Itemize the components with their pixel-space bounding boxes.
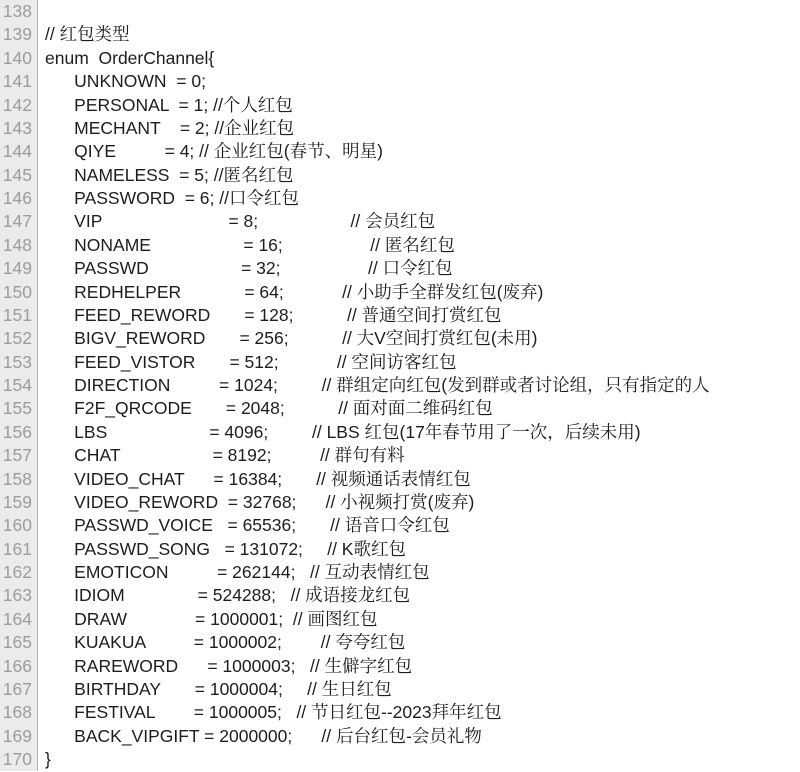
code-line: 145 NAMELESS = 5; //匿名红包 (0, 164, 800, 187)
code-line: 159 VIDEO_REWORD = 32768; // 小视频打赏(废弃) (0, 491, 800, 514)
code-text[interactable]: KUAKUA = 1000002; // 夸夸红包 (38, 631, 800, 654)
line-number: 146 (0, 187, 38, 210)
code-line: 150 REDHELPER = 64; // 小助手全群发红包(废弃) (0, 281, 800, 304)
code-text[interactable]: BIGV_REWORD = 256; // 大V空间打赏红包(未用) (38, 327, 800, 350)
line-number: 169 (0, 725, 38, 748)
code-line: 170 } (0, 748, 800, 771)
code-text[interactable]: // 红包类型 (38, 23, 800, 46)
code-text[interactable]: MECHANT = 2; //企业红包 (38, 117, 800, 140)
code-text[interactable]: PASSWORD = 6; //口令红包 (38, 187, 800, 210)
code-line: 138 (0, 0, 800, 23)
code-line: 154 DIRECTION = 1024; // 群组定向红包(发到群或者讨论组… (0, 374, 800, 397)
code-viewer: 138 139 // 红包类型 140 enum OrderChannel{ 1… (0, 0, 800, 772)
code-line: 155 F2F_QRCODE = 2048; // 面对面二维码红包 (0, 397, 800, 420)
code-line: 140 enum OrderChannel{ (0, 47, 800, 70)
code-line: 157 CHAT = 8192; // 群句有料 (0, 444, 800, 467)
code-text[interactable]: VIDEO_REWORD = 32768; // 小视频打赏(废弃) (38, 491, 800, 514)
code-line: 156 LBS = 4096; // LBS 红包(17年春节用了一次，后续未用… (0, 421, 800, 444)
code-text[interactable]: QIYE = 4; // 企业红包(春节、明星) (38, 140, 800, 163)
code-text[interactable]: PERSONAL = 1; //个人红包 (38, 94, 800, 117)
line-number: 144 (0, 140, 38, 163)
line-number: 149 (0, 257, 38, 280)
code-line: 161 PASSWD_SONG = 131072; // K歌红包 (0, 538, 800, 561)
line-number: 161 (0, 538, 38, 561)
code-line: 169 BACK_VIPGIFT = 2000000; // 后台红包-会员礼物 (0, 725, 800, 748)
line-number: 139 (0, 23, 38, 46)
line-number: 142 (0, 94, 38, 117)
code-text[interactable]: VIP = 8; // 会员红包 (38, 210, 800, 233)
line-number: 143 (0, 117, 38, 140)
line-number: 152 (0, 327, 38, 350)
code-text[interactable]: DIRECTION = 1024; // 群组定向红包(发到群或者讨论组，只有指… (38, 374, 800, 397)
line-number: 153 (0, 351, 38, 374)
line-number: 167 (0, 678, 38, 701)
line-number: 156 (0, 421, 38, 444)
line-number: 148 (0, 234, 38, 257)
code-line: 163 IDIOM = 524288; // 成语接龙红包 (0, 584, 800, 607)
line-number: 163 (0, 584, 38, 607)
code-line: 144 QIYE = 4; // 企业红包(春节、明星) (0, 140, 800, 163)
code-line: 143 MECHANT = 2; //企业红包 (0, 117, 800, 140)
line-number: 138 (0, 0, 38, 23)
line-number: 147 (0, 210, 38, 233)
line-number: 141 (0, 70, 38, 93)
code-line: 141 UNKNOWN = 0; (0, 70, 800, 93)
code-text[interactable]: REDHELPER = 64; // 小助手全群发红包(废弃) (38, 281, 800, 304)
line-number: 170 (0, 748, 38, 771)
code-line: 158 VIDEO_CHAT = 16384; // 视频通话表情红包 (0, 468, 800, 491)
code-text[interactable]: EMOTICON = 262144; // 互动表情红包 (38, 561, 800, 584)
line-number: 160 (0, 514, 38, 537)
line-number: 155 (0, 397, 38, 420)
code-text[interactable]: F2F_QRCODE = 2048; // 面对面二维码红包 (38, 397, 800, 420)
line-number: 159 (0, 491, 38, 514)
code-text[interactable]: FEED_VISTOR = 512; // 空间访客红包 (38, 351, 800, 374)
line-number: 157 (0, 444, 38, 467)
code-line: 166 RAREWORD = 1000003; // 生僻字红包 (0, 655, 800, 678)
code-line: 164 DRAW = 1000001; // 画图红包 (0, 608, 800, 631)
code-line: 153 FEED_VISTOR = 512; // 空间访客红包 (0, 351, 800, 374)
line-number: 168 (0, 701, 38, 724)
code-text[interactable]: FESTIVAL = 1000005; // 节日红包--2023拜年红包 (38, 701, 800, 724)
code-text[interactable]: BIRTHDAY = 1000004; // 生日红包 (38, 678, 800, 701)
code-text[interactable]: LBS = 4096; // LBS 红包(17年春节用了一次，后续未用) (38, 421, 800, 444)
code-line: 149 PASSWD = 32; // 口令红包 (0, 257, 800, 280)
code-line: 139 // 红包类型 (0, 23, 800, 46)
code-line: 152 BIGV_REWORD = 256; // 大V空间打赏红包(未用) (0, 327, 800, 350)
code-text[interactable]: VIDEO_CHAT = 16384; // 视频通话表情红包 (38, 468, 800, 491)
code-line: 148 NONAME = 16; // 匿名红包 (0, 234, 800, 257)
code-text[interactable]: DRAW = 1000001; // 画图红包 (38, 608, 800, 631)
code-text[interactable]: } (38, 748, 800, 771)
code-text[interactable]: BACK_VIPGIFT = 2000000; // 后台红包-会员礼物 (38, 725, 800, 748)
code-line: 147 VIP = 8; // 会员红包 (0, 210, 800, 233)
code-line: 142 PERSONAL = 1; //个人红包 (0, 94, 800, 117)
code-text[interactable]: IDIOM = 524288; // 成语接龙红包 (38, 584, 800, 607)
line-number: 151 (0, 304, 38, 327)
line-number: 140 (0, 47, 38, 70)
code-text[interactable]: NAMELESS = 5; //匿名红包 (38, 164, 800, 187)
code-text[interactable]: PASSWD = 32; // 口令红包 (38, 257, 800, 280)
code-text[interactable]: CHAT = 8192; // 群句有料 (38, 444, 800, 467)
line-number: 165 (0, 631, 38, 654)
code-line: 160 PASSWD_VOICE = 65536; // 语音口令红包 (0, 514, 800, 537)
code-text[interactable]: NONAME = 16; // 匿名红包 (38, 234, 800, 257)
code-text[interactable]: PASSWD_SONG = 131072; // K歌红包 (38, 538, 800, 561)
code-text[interactable]: PASSWD_VOICE = 65536; // 语音口令红包 (38, 514, 800, 537)
line-number: 150 (0, 281, 38, 304)
line-number: 164 (0, 608, 38, 631)
code-line: 167 BIRTHDAY = 1000004; // 生日红包 (0, 678, 800, 701)
line-number: 154 (0, 374, 38, 397)
line-number: 166 (0, 655, 38, 678)
code-text[interactable]: RAREWORD = 1000003; // 生僻字红包 (38, 655, 800, 678)
line-number: 158 (0, 468, 38, 491)
code-line: 146 PASSWORD = 6; //口令红包 (0, 187, 800, 210)
code-text[interactable]: UNKNOWN = 0; (38, 70, 800, 93)
code-text[interactable]: enum OrderChannel{ (38, 47, 800, 70)
code-line: 168 FESTIVAL = 1000005; // 节日红包--2023拜年红… (0, 701, 800, 724)
code-line: 162 EMOTICON = 262144; // 互动表情红包 (0, 561, 800, 584)
line-number: 145 (0, 164, 38, 187)
code-text[interactable]: FEED_REWORD = 128; // 普通空间打赏红包 (38, 304, 800, 327)
code-line: 165 KUAKUA = 1000002; // 夸夸红包 (0, 631, 800, 654)
code-text[interactable] (38, 0, 800, 23)
code-line: 151 FEED_REWORD = 128; // 普通空间打赏红包 (0, 304, 800, 327)
line-number: 162 (0, 561, 38, 584)
